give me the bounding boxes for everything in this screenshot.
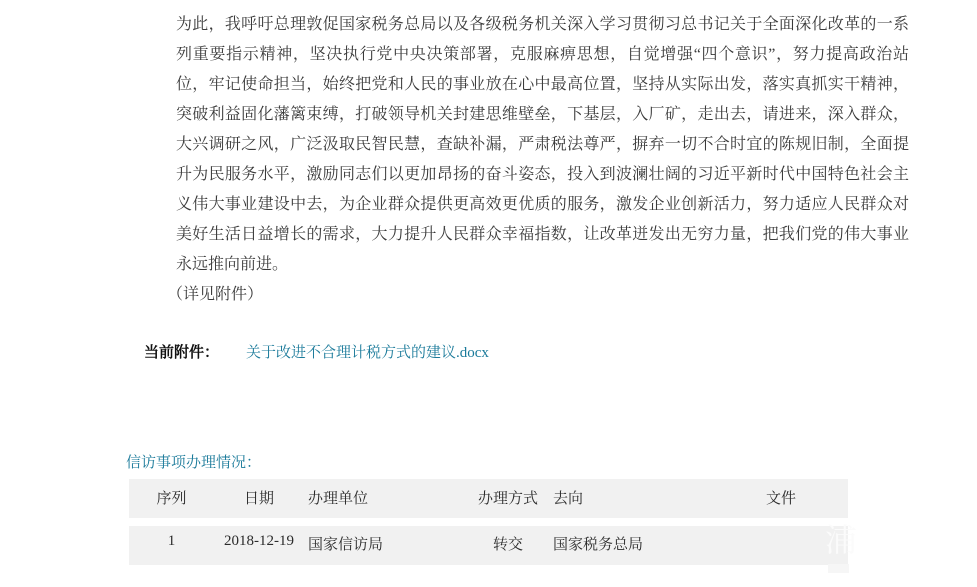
table-cell — [752, 526, 848, 565]
column-header: 文件 — [752, 479, 848, 518]
processing-section-title: 信访事项办理情况： — [126, 451, 261, 472]
petition-body: 为此，我呼吁总理敦促国家税务总局以及各级税务机关深入学习贯彻习总书记关于全面深化… — [176, 10, 909, 310]
column-header: 日期 — [214, 479, 304, 518]
processing-table: 序列日期办理单位办理方式去向文件 12018-12-19国家信访局转交国家税务总… — [129, 479, 848, 565]
attachment-file-link[interactable]: 关于改进不合理计税方式的建议.docx — [246, 341, 489, 362]
table-header-row: 序列日期办理单位办理方式去向文件 — [129, 479, 848, 518]
table-row: 12018-12-19国家信访局转交国家税务总局 — [129, 526, 848, 565]
table-cell: 转交 — [469, 526, 547, 565]
table-cell: 国家税务总局 — [547, 526, 752, 565]
attachment-label: 当前附件： — [144, 341, 219, 362]
watermark-fragment — [828, 564, 849, 573]
petition-paragraph: 为此，我呼吁总理敦促国家税务总局以及各级税务机关深入学习贯彻习总书记关于全面深化… — [176, 16, 909, 273]
petition-detail-page: 为此，我呼吁总理敦促国家税务总局以及各级税务机关深入学习贯彻习总书记关于全面深化… — [0, 0, 977, 587]
see-attachment-note: （详见附件） — [167, 280, 909, 310]
table-cell: 1 — [129, 526, 214, 565]
column-header: 办理方式 — [469, 479, 547, 518]
column-header: 去向 — [547, 479, 752, 518]
column-header: 办理单位 — [304, 479, 469, 518]
table-cell: 2018-12-19 — [214, 526, 304, 565]
current-attachment-row: 当前附件： 关于改进不合理计税方式的建议.docx — [144, 341, 489, 362]
column-header: 序列 — [129, 479, 214, 518]
table-cell: 国家信访局 — [304, 526, 469, 565]
